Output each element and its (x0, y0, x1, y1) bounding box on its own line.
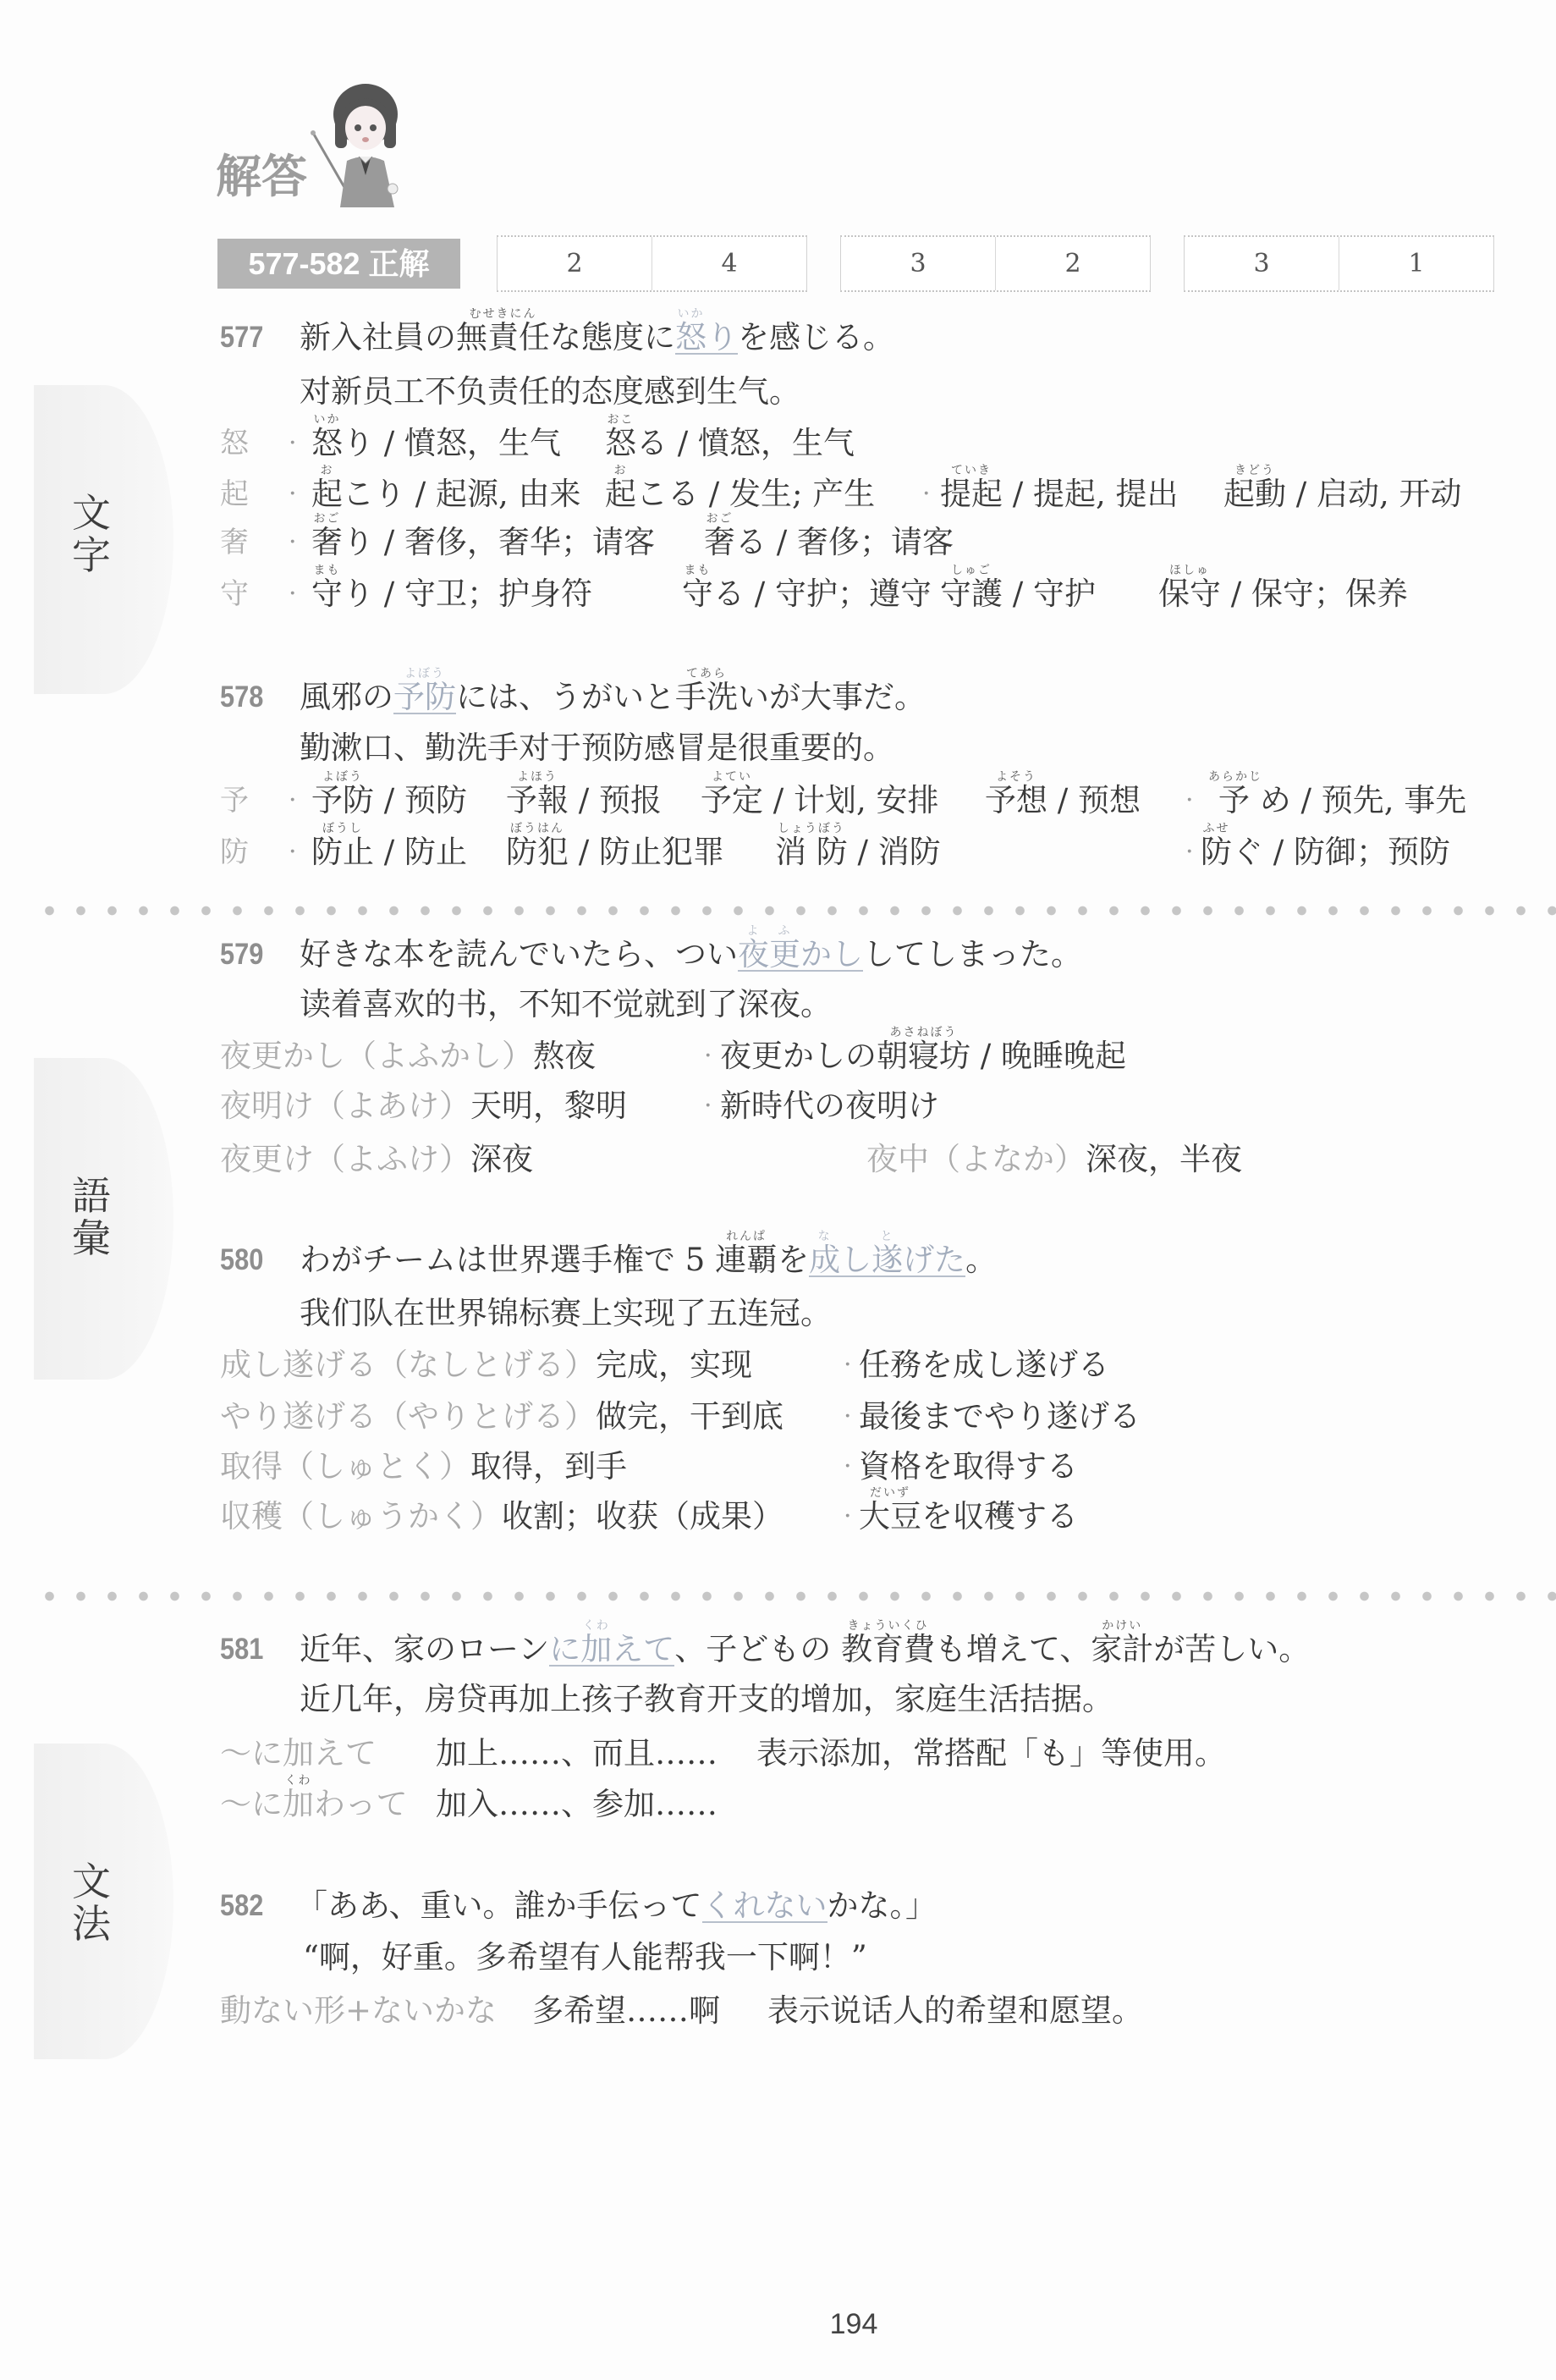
ruby-word: 防ふせ (1201, 835, 1232, 869)
vocab-term: 夜明け（よあけ） (220, 1088, 470, 1124)
kanji-entry: 起動きどう / 启动, 开动 (1223, 477, 1462, 511)
grammar-pattern: 動ない形+ないかな (220, 1994, 497, 2028)
kanji-entry: 守護しゅご / 守护 (940, 577, 1096, 611)
furigana: しゅご (930, 565, 1013, 576)
furigana: おご (694, 513, 745, 525)
target-word: げた (903, 1243, 965, 1277)
vocab-term: 取得（しゅとく） (220, 1448, 470, 1485)
ruby-word: 提起ていき (940, 477, 1003, 511)
furigana: くわ (272, 1775, 324, 1787)
furigana: お (595, 465, 646, 477)
furigana: ぼうはん (496, 823, 579, 835)
grammar-pattern: 〜に加えて (220, 1737, 377, 1771)
kanji-entry: 予防よぼう / 预防 (311, 784, 467, 818)
text-run: 好きな本を読んでいたら、つい (300, 938, 738, 972)
furigana: な (799, 1231, 850, 1242)
question-number: 580 (220, 1243, 263, 1277)
target-word: に (549, 1633, 580, 1667)
furigana: れんぱ (705, 1231, 788, 1242)
target-word: 予防よぼう (393, 680, 456, 714)
teacher-girl-illustration-icon (306, 80, 416, 214)
text-run: り / 奢侈，奢华；请客 (343, 526, 655, 559)
bullet: · (289, 427, 297, 460)
vocab-example: 資格を取得する (859, 1450, 1078, 1484)
ruby-word: 防止ぼうし (311, 835, 374, 869)
ruby-word: 予想よそう (985, 784, 1047, 818)
furigana: ふせ (1190, 823, 1242, 835)
text-run: わがチームは世界選手権で 5 (300, 1243, 715, 1277)
text-run: 「ああ、重い。誰か手伝って (296, 1889, 702, 1923)
furigana: ぼうし (301, 823, 384, 835)
bullet: · (289, 526, 297, 559)
bullet: · (844, 1400, 852, 1434)
text-run: / 预想 (1047, 784, 1141, 818)
kanji-entry: 予定よてい / 计划, 安排 (701, 784, 939, 818)
furigana: いか (665, 308, 717, 320)
furigana: まも (301, 565, 353, 576)
ruby-word: 予定よてい (701, 784, 763, 818)
bullet: · (704, 1089, 712, 1123)
question-translation: 近几年，房贷再加上孩子教育开支的增加，家庭生活拮据。 (300, 1683, 1113, 1716)
furigana: むせきにん (446, 308, 560, 320)
vocab-example: 夜更かしの朝寝坊あさねぼう / 晚睡晚起 (720, 1039, 1126, 1073)
vocab-row: 夜更かし（よふかし）熬夜 (220, 1039, 596, 1073)
grammar-meaning: 加上……、而且…… (436, 1737, 718, 1771)
ruby-word: 起動きどう (1223, 477, 1286, 511)
text-run: 夜更かしの (720, 1039, 877, 1073)
vocab-meaning: 深夜 (470, 1141, 533, 1177)
vocab-example: 任務を成し遂げる (859, 1348, 1109, 1382)
kanji-entry: 提起ていき / 提起, 提出 (940, 477, 1179, 511)
bullet: · (922, 577, 931, 611)
text-run: 〜に加えて (220, 1737, 377, 1771)
text-run: を感じる。 (738, 321, 894, 355)
text-run: る / 憤怒，生气 (636, 427, 855, 460)
kanji-entry: 奢おごり / 奢侈，奢华；请客 (311, 526, 655, 559)
text-run: / 防止 (374, 835, 467, 869)
question-number: 579 (220, 938, 263, 972)
answer-group-2: 3 2 (840, 235, 1151, 292)
target-word: 怒いか (675, 321, 707, 355)
furigana: まも (672, 565, 723, 576)
vocab-example: 新時代の夜明け (720, 1089, 939, 1123)
ruby-word: 奢おご (704, 526, 735, 559)
furigana: あらかじ (1208, 771, 1260, 783)
ruby-word: 起お (311, 477, 343, 511)
kanji-entry: 守まもる / 守护；遵守 (682, 577, 932, 611)
kanji-entry: 消 防しょうぼう / 消防 (775, 835, 941, 869)
furigana: よぼう (383, 668, 466, 680)
text-run: ぐ / 防御；预防 (1232, 835, 1450, 869)
ruby-word: 予あらかじ (1218, 784, 1250, 818)
text-run: を (778, 1243, 809, 1277)
text-run: / 预报 (569, 784, 662, 818)
kanji-entry: 保守ほしゅ / 保守；保养 (1158, 577, 1408, 611)
answer-578: 4 (652, 237, 806, 290)
target-word: 更ふ (769, 938, 800, 972)
vocab-row: 取得（しゅとく）取得，到手 (220, 1450, 627, 1484)
text-run: / 晚睡晚起 (970, 1039, 1126, 1073)
kanji-label: 奢 (220, 526, 249, 559)
text-run: / 计划, 安排 (763, 784, 939, 818)
text-run: る / 守护；遵守 (713, 577, 932, 611)
section-divider (34, 1591, 1556, 1601)
vocab-row: 夜明け（よあけ）天明，黎明 (220, 1089, 627, 1123)
vocab-example: 大豆だいずを収穫する (859, 1500, 1078, 1534)
vocab-term: やり遂げる（やりとげる） (220, 1398, 596, 1435)
text-run: 資格を取得する (859, 1450, 1078, 1484)
section-divider (34, 906, 1556, 916)
furigana: おご (301, 513, 353, 525)
furigana: おこ (595, 414, 646, 426)
bullet: · (289, 835, 297, 869)
ruby-word: 教育費きょういくひ (841, 1633, 935, 1667)
ruby-word: 家計かけい (1091, 1633, 1153, 1667)
furigana: と (861, 1231, 913, 1242)
bullet: · (1185, 835, 1194, 869)
text-run: わって (314, 1788, 408, 1821)
furigana: いか (301, 414, 353, 426)
kanji-entry: 予想よそう / 预想 (985, 784, 1141, 818)
answer-580: 2 (995, 237, 1150, 290)
question-sentence: 風邪の予防よぼうには、うがいと手洗てあらいが大事だ。 (300, 680, 926, 714)
furigana: くわ (570, 1620, 622, 1632)
vocab-row: やり遂げる（やりとげる）做完，干到底 (220, 1400, 783, 1434)
ruby-word: 起お (605, 477, 636, 511)
text-run: / 保守；保养 (1221, 577, 1408, 611)
furigana: よてい (690, 771, 773, 783)
bullet: · (844, 1500, 852, 1534)
vocab-term: 夜更け（よふけ） (220, 1141, 470, 1177)
vocab-row: 成し遂げる（なしとげる）完成，实现 (220, 1348, 752, 1382)
ruby-word: 消 防しょうぼう (775, 835, 848, 869)
question-sentence: わがチームは世界選手権で 5 連覇れんぱを成なし遂とげた。 (300, 1243, 997, 1277)
ruby-word: 大豆だいず (859, 1500, 921, 1534)
furigana: かけい (1080, 1620, 1163, 1632)
furigana: きょういくひ (831, 1620, 945, 1632)
page-number: 194 (820, 2307, 888, 2341)
kanji-label: 起 (220, 477, 249, 511)
bullet: · (1185, 784, 1194, 818)
bullet: · (289, 477, 297, 511)
side-tab-moji-label: 文字 (69, 492, 113, 576)
question-number: 578 (220, 680, 263, 714)
grammar-note: 表示添加，常搭配「も」等使用。 (756, 1737, 1226, 1771)
question-sentence: 好きな本を読んでいたら、つい夜よ更ふかししてしまった。 (300, 938, 1082, 972)
bullet: · (289, 784, 297, 818)
kanji-label: 予 (220, 784, 249, 818)
kanji-entry: 守まもり / 守卫；护身符 (311, 577, 592, 611)
answer-582: 1 (1339, 237, 1493, 290)
text-run: 〜に (220, 1788, 283, 1821)
ruby-word: 朝寝坊あさねぼう (877, 1039, 970, 1073)
text-run: いが大事だ。 (738, 680, 926, 714)
text-run: を収穫する (921, 1500, 1078, 1534)
kanji-entry: 怒いかり / 憤怒，生气 (311, 427, 561, 460)
question-translation: 对新员工不负责任的态度感到生气。 (300, 375, 800, 409)
vocab-row: 収穫（しゅうかく）收割；收获（成果） (220, 1500, 783, 1534)
ruby-word: 連覇れんぱ (715, 1243, 778, 1277)
ruby-word: 予報よほう (506, 784, 569, 818)
kanji-entry: 起おこる / 发生; 产生 (605, 477, 875, 511)
kanji-label: 怒 (220, 427, 249, 460)
ruby-word: 予防よぼう (311, 784, 374, 818)
target-word: 遂と (871, 1243, 903, 1277)
bullet: · (289, 577, 297, 611)
target-word: くれない (702, 1889, 827, 1923)
answer-group-1: 2 4 (497, 235, 807, 292)
text-run: かな。」 (827, 1889, 937, 1923)
text-run: も増えて、 (935, 1633, 1091, 1667)
text-run: / 提起, 提出 (1003, 477, 1179, 511)
question-translation: “啊，好重。多希望有人能帮我一下啊！” (303, 1941, 867, 1975)
vocab-row-extra: 夜中（よなか）深夜，半夜 (866, 1143, 1242, 1176)
bullet: · (844, 1450, 852, 1484)
text-run: には、うがいと (456, 680, 675, 714)
ruby-word: 守まも (682, 577, 713, 611)
ruby-word: 怒いか (311, 427, 343, 460)
text-run: 新入社員の (300, 321, 456, 355)
vocab-meaning: 做完，干到底 (596, 1398, 783, 1435)
vocab-meaning: 取得，到手 (470, 1448, 627, 1485)
text-run: め / 预先, 事先 (1250, 784, 1466, 818)
text-run: 近年、家のローン (300, 1633, 549, 1667)
grammar-meaning: 多希望……啊 (532, 1994, 720, 2028)
text-run: / 消防 (848, 835, 941, 869)
answer-581: 3 (1185, 237, 1339, 290)
text-run: 。 (965, 1243, 997, 1277)
kanji-entry: 予報よほう / 预报 (506, 784, 662, 818)
text-run: 新時代の夜明け (720, 1089, 939, 1123)
target-word: かし (800, 938, 863, 972)
ruby-word: 奢おご (311, 526, 343, 559)
vocab-meaning: 收割；收获（成果） (502, 1498, 783, 1534)
text-run: 、子どもの (674, 1633, 841, 1667)
ruby-word: 防犯ぼうはん (506, 835, 569, 869)
kanji-entry: 起おこり / 起源, 由来 (311, 477, 581, 511)
text-run: / 防止犯罪 (569, 835, 724, 869)
vocab-term: 成し遂げる（なしとげる） (220, 1347, 596, 1383)
kanji-entry: 奢おごる / 奢侈；请客 (704, 526, 954, 559)
text-run: る / 奢侈；请客 (735, 526, 954, 559)
ruby-word: 手洗てあら (675, 680, 738, 714)
furigana: ふ (759, 925, 811, 937)
question-translation: 我们队在世界锦标赛上实现了五连冠。 (300, 1297, 832, 1330)
furigana: てあら (665, 668, 748, 680)
text-run: な態度に (550, 321, 675, 355)
question-translation: 读着喜欢的书，不知不觉就到了深夜。 (300, 988, 832, 1022)
ruby-word: 守まも (311, 577, 343, 611)
vocab-term: 夜中（よなか） (866, 1141, 1086, 1177)
furigana: お (301, 465, 353, 477)
text-run: り / 守卫；护身符 (343, 577, 592, 611)
answer-group-3: 3 1 (1184, 235, 1494, 292)
kanji-entry: 防ふせぐ / 防御；预防 (1201, 835, 1450, 869)
bullet: · (844, 1348, 852, 1382)
vocab-meaning: 熬夜 (533, 1038, 596, 1074)
vocab-term: 収穫（しゅうかく） (220, 1498, 502, 1534)
ruby-word: 加くわ (283, 1788, 314, 1821)
vocab-term: 夜更かし（よふかし） (220, 1038, 533, 1074)
grammar-pattern: 〜に加くわわって (220, 1788, 408, 1821)
furigana: あさねぼう (866, 1027, 981, 1038)
furigana: よぼう (301, 771, 384, 783)
text-run: 最後までやり遂げる (859, 1400, 1141, 1434)
kanji-entry: 怒おこる / 憤怒，生气 (605, 427, 855, 460)
kanji-label: 守 (220, 577, 249, 611)
answer-range-label: 577-582 正解 (217, 239, 460, 289)
answer-579: 3 (841, 237, 995, 290)
target-word: し (840, 1243, 871, 1277)
furigana: ていき (930, 465, 1013, 477)
target-word: 夜よ (738, 938, 769, 972)
side-tab-bunpo-label: 文法 (69, 1860, 113, 1945)
text-run: こる / 发生; 产生 (636, 477, 875, 511)
text-run: 任務を成し遂げる (859, 1348, 1109, 1382)
vocab-example: 最後までやり遂げる (859, 1400, 1141, 1434)
text-run: してしまった。 (863, 938, 1082, 972)
furigana: だいず (849, 1487, 932, 1499)
ruby-word: 無責任むせきにん (456, 321, 550, 355)
grammar-meaning: 加入……、参加…… (436, 1788, 718, 1821)
text-run: こり / 起源, 由来 (343, 477, 581, 511)
vocab-row: 夜更け（よふけ）深夜 (220, 1143, 533, 1176)
target-word: 成な (809, 1243, 840, 1277)
vocab-meaning: 天明，黎明 (470, 1088, 627, 1124)
text-run: り / 憤怒，生气 (343, 427, 561, 460)
ruby-word: 保守ほしゅ (1158, 577, 1221, 611)
grammar-note: 表示说话人的希望和愿望。 (767, 1994, 1143, 2028)
side-tab-goi-label: 語彙 (69, 1175, 113, 1259)
question-sentence: 近年、家のローンに加くわえて、子どもの 教育費きょういくひも増えて、家計かけいが… (300, 1633, 1310, 1667)
furigana: よそう (975, 771, 1058, 783)
ruby-word: 守護しゅご (940, 577, 1003, 611)
question-sentence: 新入社員の無責任むせきにんな態度に怒いかりを感じる。 (300, 321, 894, 355)
question-sentence: 「ああ、重い。誰か手伝ってくれないかな。」 (296, 1889, 937, 1923)
target-word: 加くわ (580, 1633, 612, 1667)
kanji-entry: 防犯ぼうはん / 防止犯罪 (506, 835, 724, 869)
furigana: ほしゅ (1148, 565, 1231, 576)
bullet: · (704, 1039, 712, 1073)
text-run: / 启动, 开动 (1286, 477, 1462, 511)
kanji-entry: 予あらかじ め / 预先, 事先 (1218, 784, 1466, 818)
question-translation: 勤漱口、勤洗手对于预防感冒是很重要的。 (300, 731, 894, 765)
question-number: 582 (220, 1889, 263, 1923)
text-run: 風邪の (300, 680, 393, 714)
answer-577: 2 (498, 237, 652, 290)
target-word: り (707, 321, 738, 355)
text-run: 動ない形+ないかな (220, 1994, 497, 2028)
page-title: 解答 (216, 151, 307, 203)
target-word: えて (612, 1633, 674, 1667)
furigana: きどう (1213, 465, 1296, 477)
text-run: / 守护 (1003, 577, 1096, 611)
question-number: 581 (220, 1633, 263, 1667)
text-run: / 预防 (374, 784, 467, 818)
vocab-meaning: 深夜，半夜 (1086, 1141, 1242, 1177)
vocab-meaning: 完成，实现 (596, 1347, 752, 1383)
furigana: しょうぼう (765, 823, 858, 835)
ruby-word: 怒おこ (605, 427, 636, 460)
bullet: · (922, 477, 931, 511)
question-number: 577 (220, 321, 263, 355)
kanji-entry: 防止ぼうし / 防止 (311, 835, 467, 869)
furigana: よほう (496, 771, 579, 783)
text-run: が苦しい。 (1153, 1633, 1310, 1667)
kanji-label: 防 (220, 835, 249, 869)
